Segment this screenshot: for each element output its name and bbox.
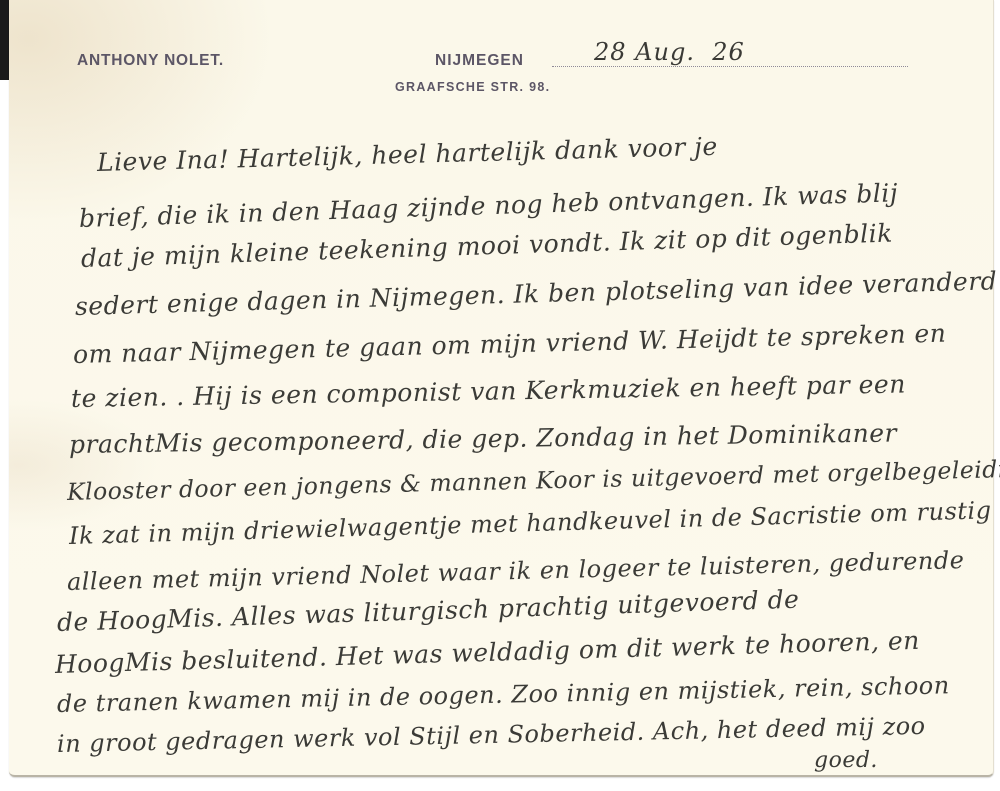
letterhead-address: GRAAFSCHE STR. 98. bbox=[395, 80, 550, 94]
letter-line: HoogMis besluitend. Het was weldadig om … bbox=[55, 626, 921, 679]
letter-line: Lieve Ina! Hartelijk, heel hartelijk dan… bbox=[97, 132, 719, 177]
letter-line: te zien. . Hij is een componist van Kerk… bbox=[71, 369, 906, 413]
letter-line: om naar Nijmegen te gaan om mijn vriend … bbox=[73, 319, 947, 369]
letter-line: prachtMis gecomponeerd, die gep. Zondag … bbox=[69, 418, 897, 459]
handwritten-date: 28 Aug. 26 bbox=[594, 38, 745, 66]
letter-line: alleen met mijn vriend Nolet waar ik en … bbox=[67, 546, 965, 596]
letter-line: Klooster door een jongens & mannen Koor … bbox=[67, 454, 1000, 506]
letter-card: ANTHONY NOLET. NIJMEGEN 28 Aug. 26 GRAAF… bbox=[9, 0, 994, 777]
letter-line: in groot gedragen werk vol Stijl en Sobe… bbox=[57, 712, 926, 758]
scan-edge-shadow bbox=[0, 0, 9, 80]
letter-line: goed. bbox=[814, 748, 878, 773]
letter-line: sedert enige dagen in Nijmegen. Ik ben p… bbox=[75, 266, 998, 321]
letter-line: Ik zat in mijn driewielwagentje met hand… bbox=[69, 496, 992, 550]
letterhead-city: NIJMEGEN bbox=[435, 52, 524, 70]
date-dotted-line bbox=[552, 66, 908, 67]
letter-line: de tranen kwamen mij in de oogen. Zoo in… bbox=[57, 671, 950, 718]
letterhead-sender-name: ANTHONY NOLET. bbox=[77, 52, 224, 70]
